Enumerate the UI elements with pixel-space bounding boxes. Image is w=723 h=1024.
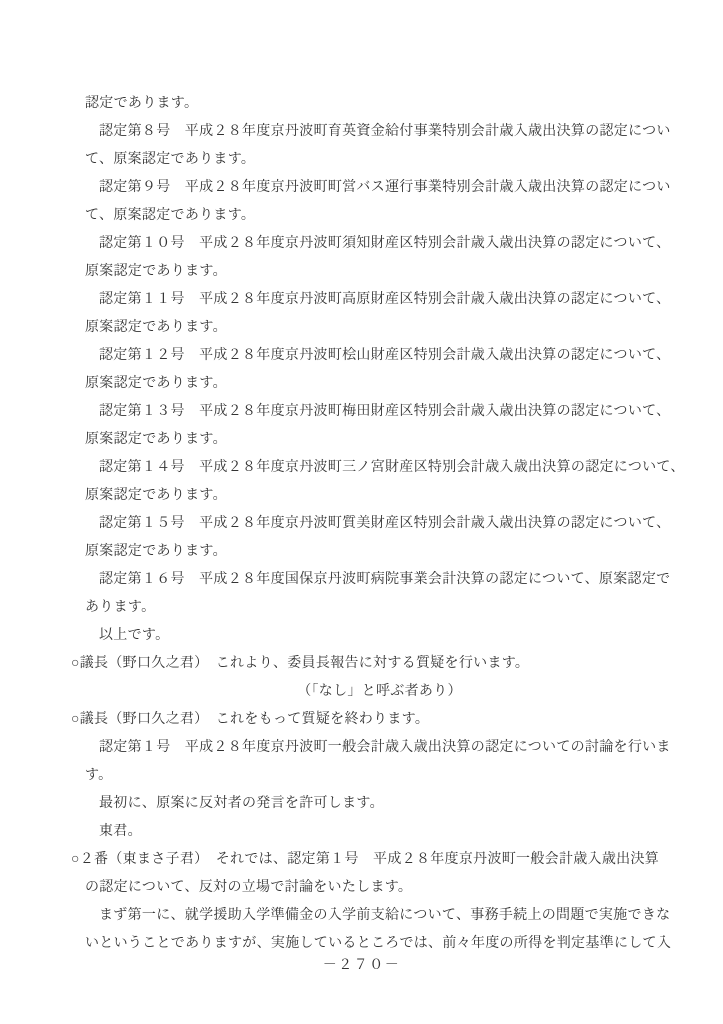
page-body: 認定であります。認定第８号 平成２８年度京丹波町育英資金給付事業特別会計歳入歳出… (71, 90, 688, 958)
text-line: 原案認定であります。 (71, 426, 688, 454)
page-number: －２７０－ (0, 952, 723, 980)
text-line: す。 (71, 762, 688, 790)
text-line: あります。 (71, 594, 688, 622)
text-line: 原案認定であります。 (71, 258, 688, 286)
text-line: 認定第８号 平成２８年度京丹波町育英資金給付事業特別会計歳入歳出決算の認定につい (71, 118, 688, 146)
text-line: 認定第１号 平成２８年度京丹波町一般会計歳入歳出決算の認定についての討論を行いま (71, 734, 688, 762)
parenthetical-line: （「なし」と呼ぶ者あり） (71, 678, 688, 706)
text-line: て、原案認定であります。 (71, 146, 688, 174)
text-line: 東君。 (71, 818, 688, 846)
text-line: 原案認定であります。 (71, 314, 688, 342)
minutes-page: 認定であります。認定第８号 平成２８年度京丹波町育英資金給付事業特別会計歳入歳出… (0, 0, 723, 1024)
text-line: 認定であります。 (71, 90, 688, 118)
text-line: 認定第１１号 平成２８年度京丹波町高原財産区特別会計歳入歳出決算の認定について、 (71, 286, 688, 314)
speaker-line: ○２番（東まさ子君） それでは、認定第１号 平成２８年度京丹波町一般会計歳入歳出… (71, 846, 688, 874)
text-line: 認定第９号 平成２８年度京丹波町町営バス運行事業特別会計歳入歳出決算の認定につい (71, 174, 688, 202)
text-line: まず第一に、就学援助入学準備金の入学前支給について、事務手続上の問題で実施できな (71, 902, 688, 930)
speaker-line: ○議長（野口久之君） これより、委員長報告に対する質疑を行います。 (71, 650, 688, 678)
text-line: 認定第１５号 平成２８年度京丹波町質美財産区特別会計歳入歳出決算の認定について、 (71, 510, 688, 538)
text-line: 認定第１３号 平成２８年度京丹波町梅田財産区特別会計歳入歳出決算の認定について、 (71, 398, 688, 426)
text-line: の認定について、反対の立場で討論をいたします。 (71, 874, 688, 902)
text-line: 以上です。 (71, 622, 688, 650)
speaker-line: ○議長（野口久之君） これをもって質疑を終わります。 (71, 706, 688, 734)
text-line: て、原案認定であります。 (71, 202, 688, 230)
text-line: 認定第１０号 平成２８年度京丹波町須知財産区特別会計歳入歳出決算の認定について、 (71, 230, 688, 258)
text-line: 認定第１６号 平成２８年度国保京丹波町病院事業会計決算の認定について、原案認定で (71, 566, 688, 594)
text-line: 認定第１４号 平成２８年度京丹波町三ノ宮財産区特別会計歳入歳出決算の認定について… (71, 454, 688, 482)
text-line: 認定第１２号 平成２８年度京丹波町桧山財産区特別会計歳入歳出決算の認定について、 (71, 342, 688, 370)
text-line: 原案認定であります。 (71, 482, 688, 510)
text-line: 最初に、原案に反対者の発言を許可します。 (71, 790, 688, 818)
text-line: 原案認定であります。 (71, 538, 688, 566)
text-line: 原案認定であります。 (71, 370, 688, 398)
